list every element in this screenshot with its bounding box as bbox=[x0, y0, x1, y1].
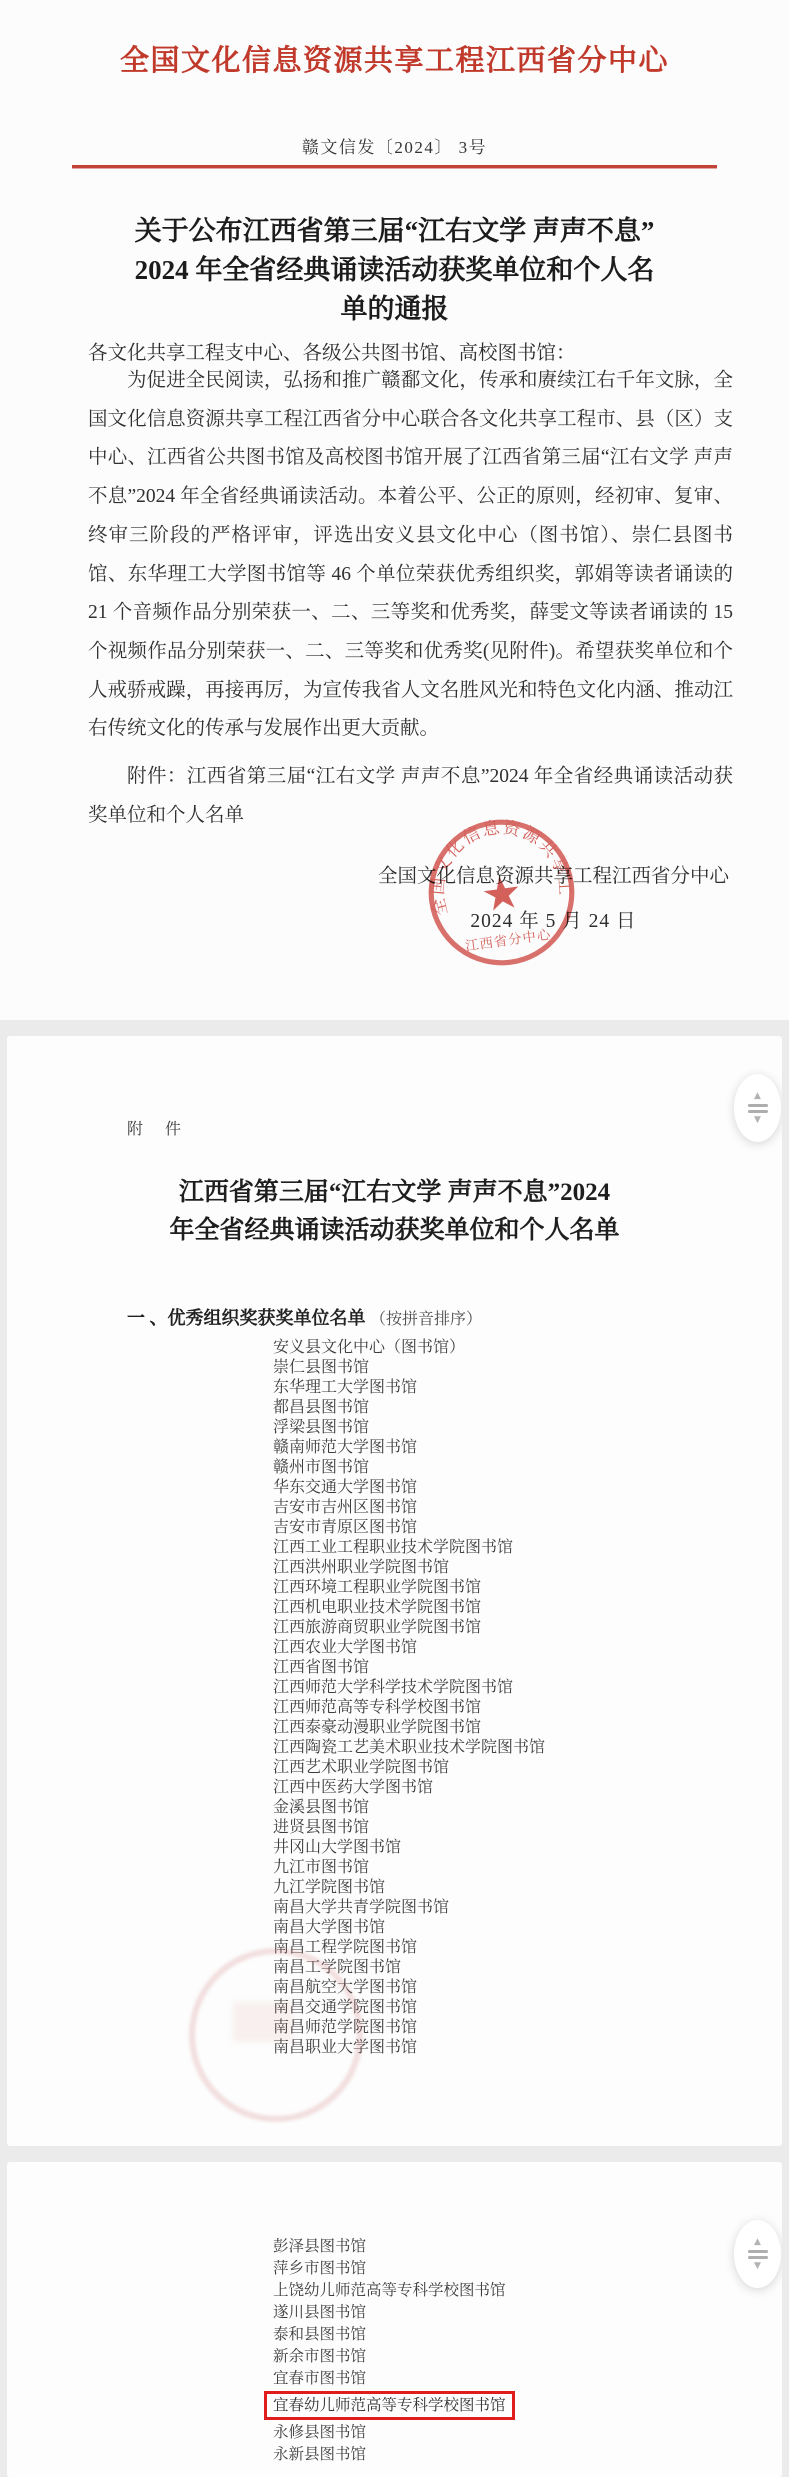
body-paragraph: 为促进全民阅读，弘扬和推广赣鄱文化，传承和赓续江右千年文脉，全国文化信息资源共享… bbox=[88, 362, 733, 749]
page-gap bbox=[0, 1020, 789, 1036]
attachment-page-continued: ▲ ▼ 彭泽县图书馆萍乡市图书馆上饶幼儿师范高等专科学校图书馆遂川县图书馆泰和县… bbox=[7, 2162, 782, 2477]
award-unit: 都昌县图书馆 bbox=[273, 1398, 545, 1418]
seal-watermark bbox=[189, 1948, 363, 2122]
award-unit: 江西泰豪动漫职业学院图书馆 bbox=[273, 1718, 545, 1738]
document-number: 赣文信发〔2024〕 3号 bbox=[0, 133, 789, 158]
scroll-down-icon[interactable]: ▼ bbox=[754, 1116, 761, 1125]
award-unit: 浮梁县图书馆 bbox=[273, 1418, 545, 1438]
drag-handle-icon bbox=[748, 2256, 768, 2259]
award-unit: 九江市图书馆 bbox=[273, 1858, 545, 1878]
award-unit: 遂川县图书馆 bbox=[273, 2302, 515, 2324]
award-unit: 彭泽县图书馆 bbox=[273, 2236, 515, 2258]
award-unit-list: 安义县文化中心（图书馆）崇仁县图书馆东华理工大学图书馆都昌县图书馆浮梁县图书馆赣… bbox=[273, 1338, 545, 2058]
award-unit: 江西师范高等专科学校图书馆 bbox=[273, 1698, 545, 1718]
award-unit-highlighted: 宜春幼儿师范高等专科学校图书馆 bbox=[264, 2391, 515, 2420]
attachment-title: 江西省第三届“江右文学 声声不息”2024 年全省经典诵读活动获奖单位和个人名单 bbox=[47, 1174, 742, 1250]
award-unit: 江西中医药大学图书馆 bbox=[273, 1778, 545, 1798]
scroll-up-icon[interactable]: ▲ bbox=[754, 2238, 761, 2247]
award-unit-list-continued: 彭泽县图书馆萍乡市图书馆上饶幼儿师范高等专科学校图书馆遂川县图书馆泰和县图书馆新… bbox=[273, 2236, 515, 2466]
award-unit: 江西农业大学图书馆 bbox=[273, 1638, 545, 1658]
scroll-widget[interactable]: ▲ ▼ bbox=[734, 2220, 781, 2288]
award-unit: 新余市图书馆 bbox=[273, 2346, 515, 2368]
award-unit: 江西环境工程职业学院图书馆 bbox=[273, 1578, 545, 1598]
scroll-widget[interactable]: ▲ ▼ bbox=[734, 1074, 781, 1142]
attachment-note: 附件：江西省第三届“江右文学 声声不息”2024 年全省经典诵读活动获奖单位和个… bbox=[88, 758, 733, 835]
award-unit: 萍乡市图书馆 bbox=[273, 2258, 515, 2280]
award-unit: 江西洪州职业学院图书馆 bbox=[273, 1558, 545, 1578]
document-title: 关于公布江西省第三届“江右文学 声声不息” 2024 年全省经典诵读活动获奖单位… bbox=[55, 212, 734, 329]
award-unit: 九江学院图书馆 bbox=[273, 1878, 545, 1898]
award-unit: 江西工业工程职业技术学院图书馆 bbox=[273, 1538, 545, 1558]
drag-handle-icon bbox=[748, 1104, 768, 1107]
award-unit: 东华理工大学图书馆 bbox=[273, 1378, 545, 1398]
section-heading-text: 一 、优秀组织奖获奖单位名单 bbox=[127, 1308, 366, 1328]
scroll-down-icon[interactable]: ▼ bbox=[754, 2262, 761, 2271]
award-unit: 井冈山大学图书馆 bbox=[273, 1838, 545, 1858]
award-unit: 进贤县图书馆 bbox=[273, 1818, 545, 1838]
award-unit: 吉安市吉州区图书馆 bbox=[273, 1498, 545, 1518]
section-sort-note: （按拼音排序） bbox=[370, 1311, 482, 1328]
page-gap bbox=[0, 2146, 789, 2162]
seal-star-icon: ★ bbox=[478, 865, 525, 921]
award-unit: 南昌大学图书馆 bbox=[273, 1918, 545, 1938]
award-unit: 泰和县图书馆 bbox=[273, 2324, 515, 2346]
award-unit: 安义县文化中心（图书馆） bbox=[273, 1338, 545, 1358]
salutation-line: 各文化共享工程支中心、各级公共图书馆、高校图书馆： bbox=[88, 337, 739, 365]
notice-page: 全国文化信息资源共享工程江西省分中心 赣文信发〔2024〕 3号 关于公布江西省… bbox=[0, 0, 789, 1020]
award-unit: 永修县图书馆 bbox=[273, 2422, 515, 2444]
scroll-up-icon[interactable]: ▲ bbox=[754, 1092, 761, 1101]
official-seal-icon: 全国文化信息资源共享工程 ★ 江西省分中心 bbox=[414, 805, 589, 980]
award-unit: 华东交通大学图书馆 bbox=[273, 1478, 545, 1498]
award-unit: 江西陶瓷工艺美术职业技术学院图书馆 bbox=[273, 1738, 545, 1758]
issuing-org-title: 全国文化信息资源共享工程江西省分中心 bbox=[0, 38, 789, 79]
award-unit: 南昌工程学院图书馆 bbox=[273, 1938, 545, 1958]
drag-handle-icon bbox=[748, 2250, 768, 2253]
award-unit: 江西省图书馆 bbox=[273, 1658, 545, 1678]
award-unit: 金溪县图书馆 bbox=[273, 1798, 545, 1818]
award-unit: 上饶幼儿师范高等专科学校图书馆 bbox=[273, 2280, 515, 2302]
red-divider-rule bbox=[72, 165, 717, 168]
award-unit: 江西艺术职业学院图书馆 bbox=[273, 1758, 545, 1778]
award-unit: 江西机电职业技术学院图书馆 bbox=[273, 1598, 545, 1618]
award-unit: 江西师范大学科学技术学院图书馆 bbox=[273, 1678, 545, 1698]
award-unit: 江西旅游商贸职业学院图书馆 bbox=[273, 1618, 545, 1638]
section-heading: 一 、优秀组织奖获奖单位名单 （按拼音排序） bbox=[127, 1304, 482, 1330]
attachment-label: 附 件 bbox=[127, 1116, 190, 1139]
award-unit: 永新县图书馆 bbox=[273, 2444, 515, 2466]
award-unit: 崇仁县图书馆 bbox=[273, 1358, 545, 1378]
attachment-page: ▲ ▼ 附 件 江西省第三届“江右文学 声声不息”2024 年全省经典诵读活动获… bbox=[7, 1036, 782, 2146]
award-unit: 赣州市图书馆 bbox=[273, 1458, 545, 1478]
drag-handle-icon bbox=[748, 1110, 768, 1113]
award-unit: 宜春市图书馆 bbox=[273, 2368, 515, 2390]
award-unit: 赣南师范大学图书馆 bbox=[273, 1438, 545, 1458]
award-unit: 南昌大学共青学院图书馆 bbox=[273, 1898, 545, 1918]
award-unit: 吉安市青原区图书馆 bbox=[273, 1518, 545, 1538]
